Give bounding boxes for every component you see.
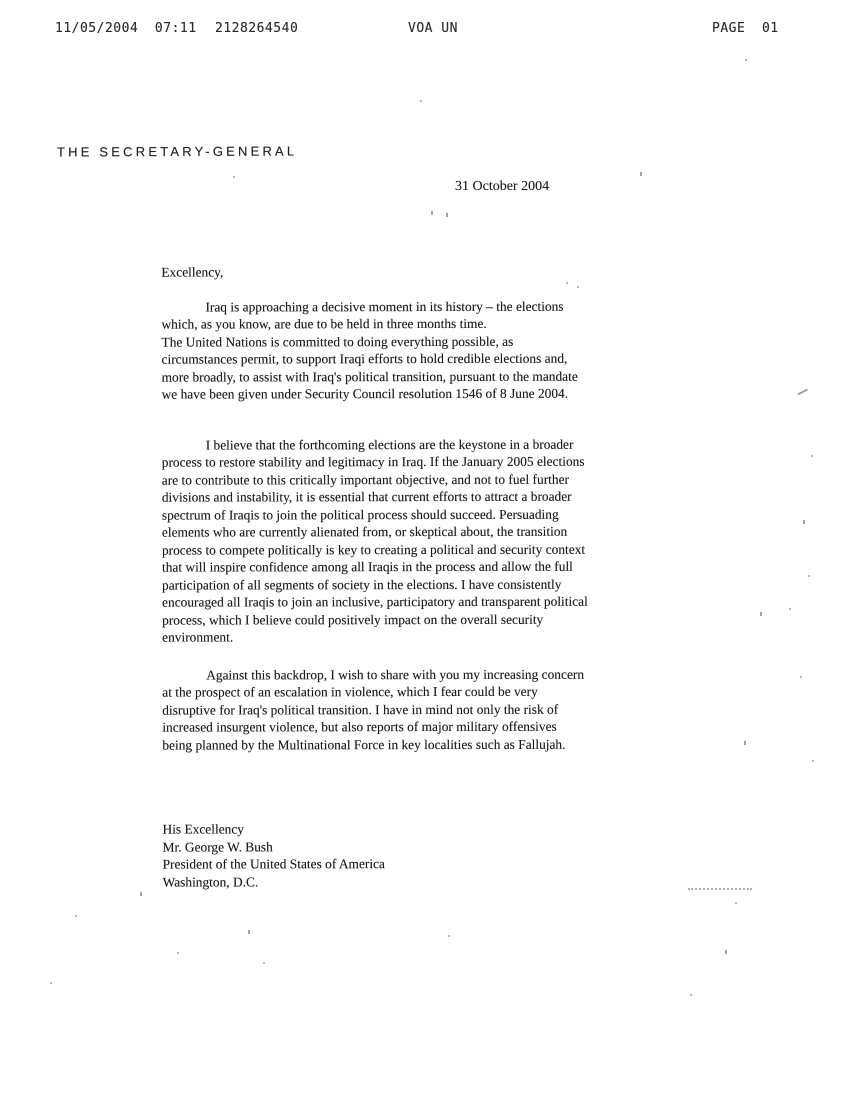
scan-speck [566, 282, 568, 284]
fax-datetime: 11/05/2004 07:11 [55, 21, 197, 36]
scan-speck [744, 741, 746, 745]
scan-speck [640, 172, 642, 176]
fax-page: 11/05/2004 07:11 2128264540 VOA UN PAGE … [0, 0, 850, 1100]
scan-speck [233, 176, 235, 178]
scan-speck [431, 211, 433, 215]
scan-speck [248, 930, 250, 934]
letterhead-secretary-general: THE SECRETARY-GENERAL [57, 143, 297, 159]
paragraph-1: Iraq is approaching a decisive moment in… [161, 297, 721, 403]
scan-speck [803, 520, 805, 524]
scan-stray-mark [797, 389, 807, 395]
letter-body: Excellency, Iraq is approaching a decisi… [161, 262, 722, 890]
scan-speck [448, 935, 450, 937]
salutation: Excellency, [161, 262, 721, 281]
scan-speck [789, 608, 791, 610]
scan-speck [446, 213, 448, 217]
fax-number: 2128264540 [215, 21, 298, 36]
scan-speck [263, 962, 265, 964]
scan-speck [177, 952, 179, 954]
fax-page-number: PAGE 01 [712, 21, 779, 36]
scan-speck [725, 950, 727, 954]
scan-speck [50, 982, 52, 984]
scan-speck [420, 100, 422, 102]
scan-speck [140, 892, 142, 896]
scan-speck [811, 455, 813, 457]
paragraph-2: I believe that the forthcoming elections… [162, 435, 722, 646]
letter-date: 31 October 2004 [455, 179, 549, 195]
fax-station-id: VOA UN [408, 21, 458, 36]
scan-dotted-trail [688, 888, 752, 890]
scan-speck [760, 612, 762, 616]
scan-speck [812, 760, 814, 762]
scan-speck [75, 915, 77, 917]
scan-speck [577, 286, 579, 288]
scan-speck [800, 676, 802, 678]
recipient-address-block: His Excellency Mr. George W. Bush Presid… [163, 819, 723, 890]
scan-speck [808, 575, 810, 577]
scan-speck [690, 994, 692, 996]
scan-speck [745, 59, 747, 61]
paragraph-3: Against this backdrop, I wish to share w… [162, 665, 722, 754]
scan-speck [735, 902, 737, 904]
